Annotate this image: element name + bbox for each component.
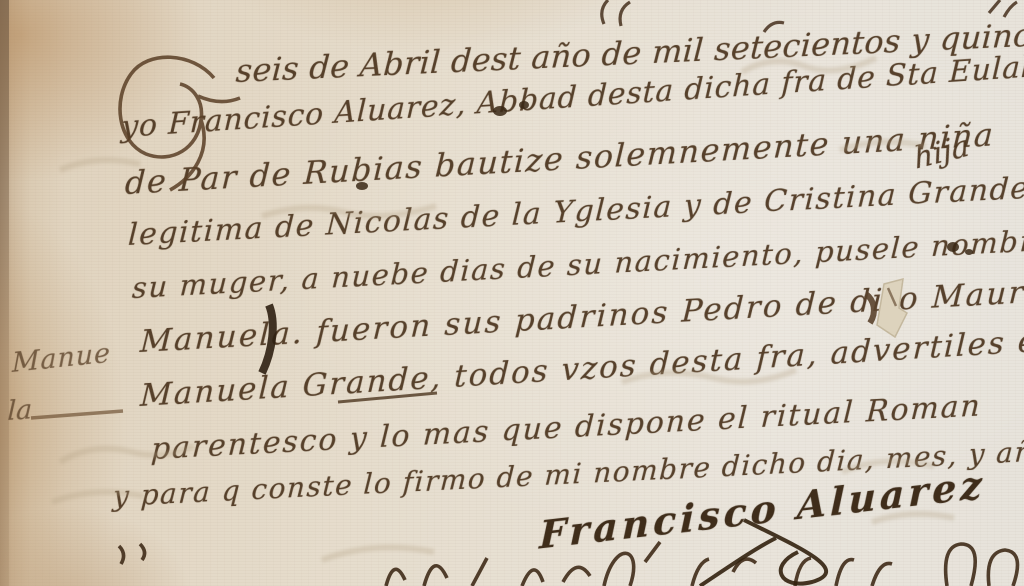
manuscript-page-photo: Manue la seis de Abril dest año de mil s…: [0, 0, 1024, 586]
margin-note-name-bottom: la: [7, 394, 33, 427]
margin-note-name-top: Manue: [12, 338, 111, 380]
margin-note-dash: [31, 411, 123, 418]
